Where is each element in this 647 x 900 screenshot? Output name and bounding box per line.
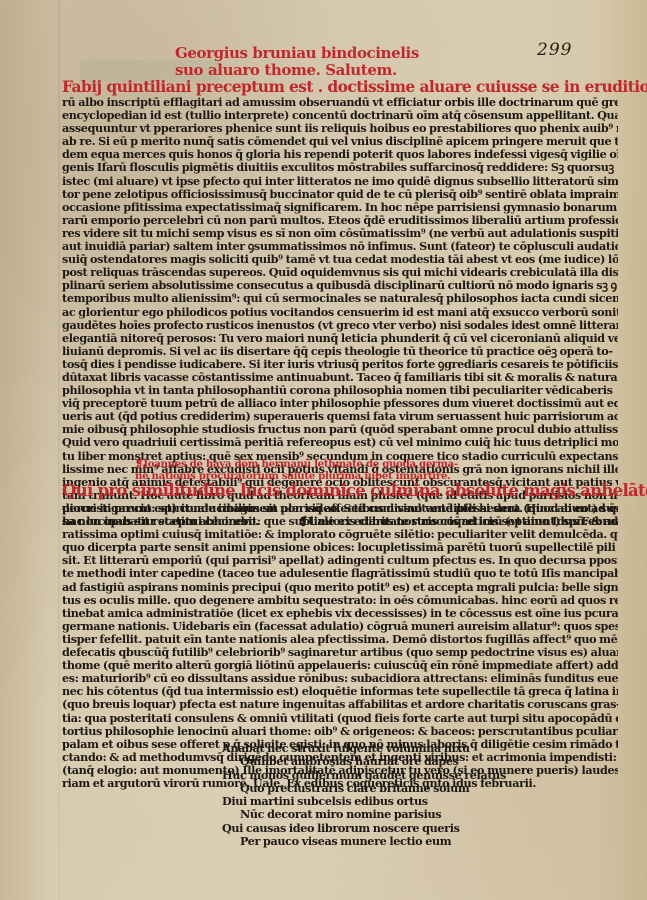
text-line: temporibus multo alienissim⁹: qui cū ser…: [62, 292, 618, 305]
text-line: ab re. Si eū p merito nunq̄ satis cōmend…: [62, 135, 618, 148]
text-line: dūtaxat libris vacasse cōstantissime ant…: [62, 371, 618, 384]
gutter-shadow: [58, 0, 60, 900]
text-line: philosophia vt in tanta philosophantiū c…: [62, 384, 618, 397]
text-line: assequuntur vt pperariores phenice sunt …: [62, 122, 618, 135]
text-line: post reliquas trāscendas supereos. Quīd …: [62, 266, 618, 279]
letter2-incipit: Qui pro similitudine lucis dominice culm…: [62, 481, 647, 501]
poem-line: Huc monos guillermum gaudet genuisse rel…: [222, 769, 506, 782]
text-line: hac lucinabatur statim abhorebit: que su…: [62, 515, 618, 528]
text-line: tisper fefellit. patuit eīn tante nation…: [62, 633, 618, 646]
letter2-address-line1: ❡Joannes de haya dōm hermanū lethmate de…: [135, 458, 458, 470]
colophon-poem: Anabat hec struxit fulgente volumina nix…: [222, 742, 506, 848]
text-line: (quo breuis loquar) pfecta est nature in…: [62, 698, 618, 711]
letter1-incipit: Fabij quintiliani preceptum est . doctis…: [62, 78, 647, 96]
text-line: ac glorientur ego philodicos potius voci…: [62, 306, 618, 319]
text-line: ueris aut (q̄d potius crediderim) supera…: [62, 410, 618, 423]
manuscript-page: 299 Georgius bruniau bindocinelis suo al…: [0, 0, 647, 900]
text-line: aut inuidiā pariar) saltem inter ꝯsummat…: [62, 240, 618, 253]
text-line: rū albo inscriptū efflagitari ad amussim…: [62, 96, 618, 109]
poem-line: Anabat hec struxit fulgente volumina nix…: [222, 742, 506, 755]
text-line: istec (mi aluare) vt ipse pfecto qui int…: [62, 175, 618, 188]
poem-line: Qui causas ideo librorum noscere queris: [222, 822, 506, 835]
text-line: liuianū depromis. Si vel ac iis disertar…: [62, 345, 618, 358]
text-line: Quid vero quadriuii certissimā peritiā r…: [62, 436, 618, 449]
text-line: tortius philosophie lenocinū aluari thom…: [62, 725, 618, 738]
text-line: tosq̄ dies i pendisse iudicabere. Si ite…: [62, 358, 618, 371]
folio-number: 299: [537, 40, 572, 60]
text-line: plinarū seriem absolutissime consecutus …: [62, 279, 618, 292]
text-line: mie oibusq̄ philosophie studiosis fructu…: [62, 423, 618, 436]
poem-line: Quo preclustraris clare britanne solum: [222, 782, 506, 795]
letter1-heading-line1: Georgius bruniau bindocinelis: [175, 44, 419, 62]
text-line: te methodi inter capedine (taceo tue adu…: [62, 567, 618, 580]
poem-line: Nūc decorat miro nomine parisius: [222, 808, 506, 821]
text-line: rarū emporio percelebri cū non parū mult…: [62, 214, 618, 227]
text-line: tus es oculis mille. quo degenere ambitu…: [62, 594, 618, 607]
text-line: dem equa merces quis honos q̄ gloria his…: [62, 148, 618, 161]
text-line: viq̄ preceptorē tuum petrū de alliaco in…: [62, 397, 618, 410]
text-line: encyclopedian id est (tullio interprete)…: [62, 109, 618, 122]
text-line: germane nationis. Uidebaris eīn (facessa…: [62, 620, 618, 633]
text-line: quo dicerpta parte sensit animi ppension…: [62, 541, 618, 554]
text-line: tinebat amica administratiōe (licet ex e…: [62, 607, 618, 620]
text-line: ratissima optimi cuiusq̄ imitatiōe: & im…: [62, 528, 618, 541]
text-line: genis Ifarū flosculis pigmētis diuitiis …: [62, 161, 618, 174]
text-line: res videre sit tu michi semp visus es sī…: [62, 227, 618, 240]
text-line: occasione pfitissima expectatissimaq̄ si…: [62, 201, 618, 214]
text-line: es: maturiorib⁹ cū eo dissultans assidue…: [62, 672, 618, 685]
text-line: peruestigarunt: spirituale imaginem pler…: [62, 502, 618, 515]
text-line: thome (quē merito alterū gorgiā liōtinū …: [62, 659, 618, 672]
text-line: sit. Et litterarū emporiū (qui parrisi⁹ …: [62, 554, 618, 567]
text-line: gaudētes hoīes profecto rusticos inenust…: [62, 319, 618, 332]
text-line: suiq̄ ostendatores magis soliciti quib⁹ …: [62, 253, 618, 266]
text-line: nec his cōtentus (q̄d tua intermissio es…: [62, 685, 618, 698]
text-line: elegantiā nitoreq̄ perosos: Tu vero maio…: [62, 332, 618, 345]
text-line: tia: qua posteritati consulens & omniū v…: [62, 712, 618, 725]
poem-line: Per pauco viseas munere lectio eum: [222, 835, 506, 848]
text-line: defecatis qbuscūq̄ futilib⁹ celebriorib⁹…: [62, 646, 618, 659]
text-line: tor pene zelotipus officiosissimusq̄ buc…: [62, 188, 618, 201]
poem-line: Diui martini subcelsis edibus ortus: [222, 795, 506, 808]
text-line: ad fastigiū aspirans nominis precipui (q…: [62, 581, 618, 594]
poem-line: Quilibet ambrosias hauriat ore dapes: [222, 755, 506, 768]
